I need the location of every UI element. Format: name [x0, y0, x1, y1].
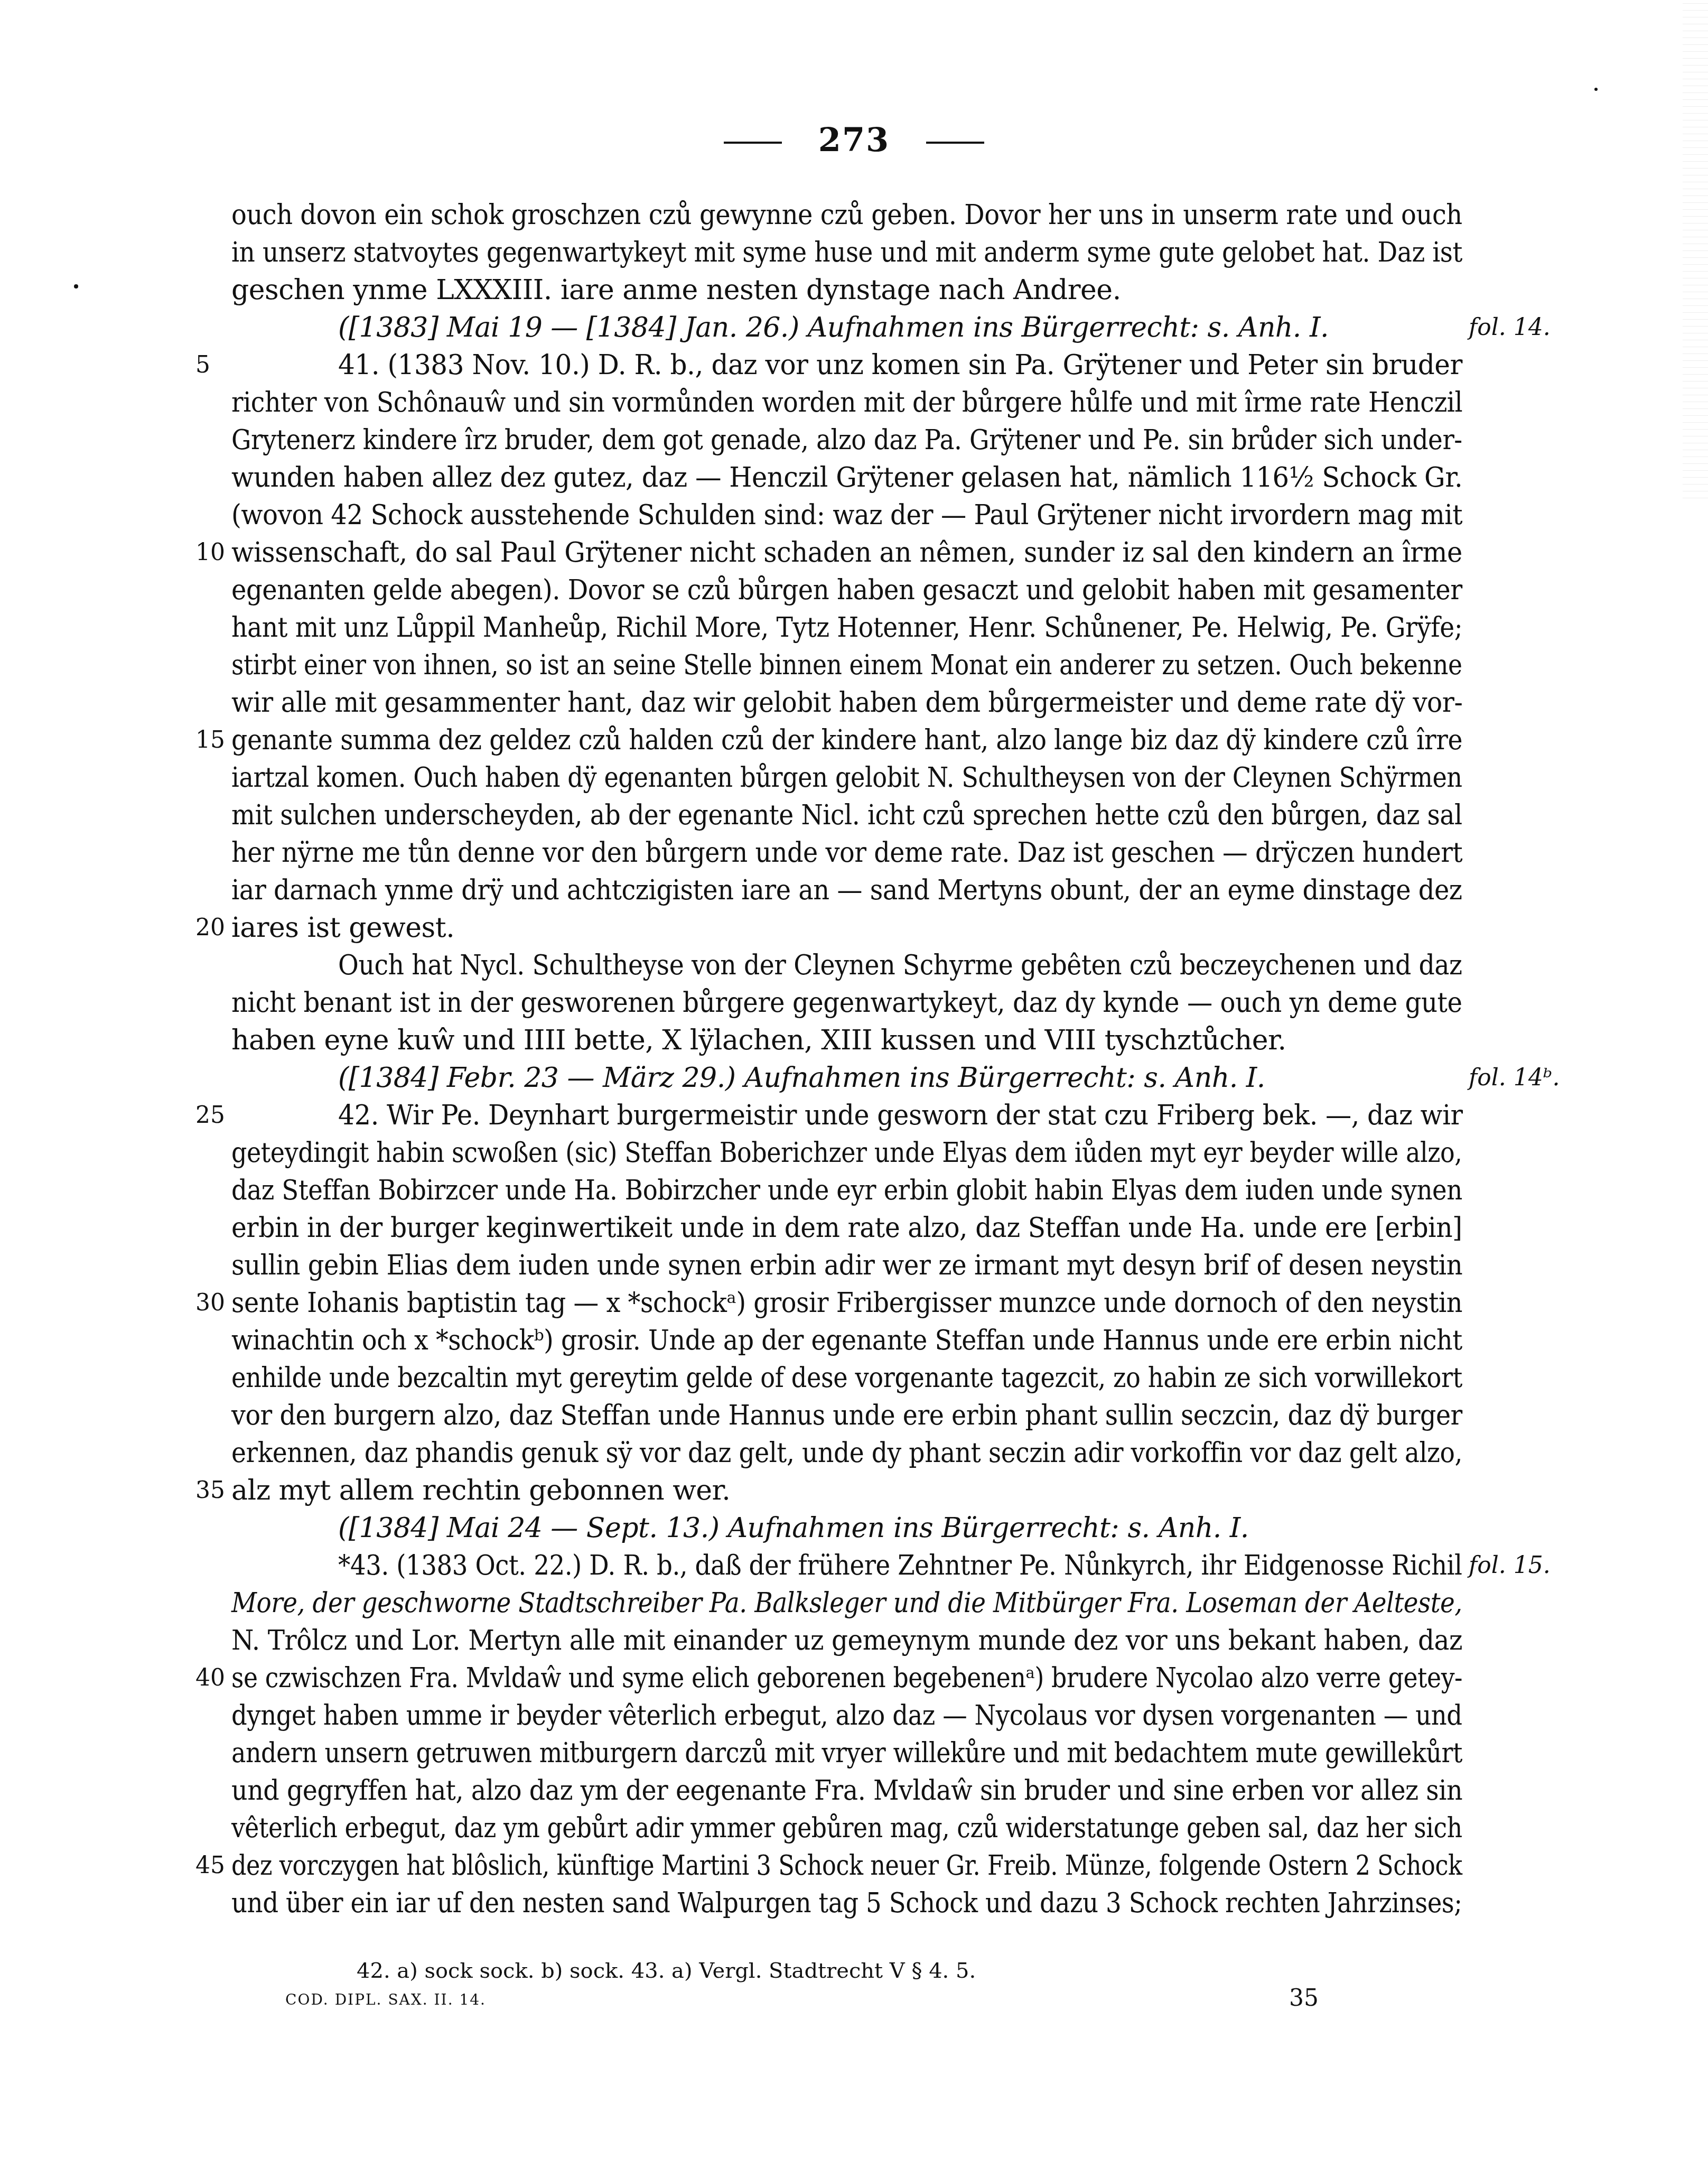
- text-line: ([1384] Mai 24 — Sept. 13.) Aufnahmen in…: [338, 1510, 1462, 1547]
- text-line: iar darnach ynme drÿ und achtczigisten i…: [231, 872, 1365, 909]
- line-number: 30: [195, 1284, 225, 1321]
- text-line: mit sulchen underscheyden, ab der egenan…: [231, 797, 1351, 834]
- text-line: wissenschaft, do sal Paul Grÿtener nicht…: [231, 534, 1404, 571]
- line-number: 25: [195, 1097, 225, 1134]
- text-line: Ouch hat Nycl. Schultheyse von der Cleyn…: [338, 947, 1362, 984]
- text-line: ([1384] Febr. 23 — März 29.) Aufnahmen i…: [338, 1059, 1462, 1096]
- text-line: geteydingit habin scwoßen (sic) Steffan …: [231, 1134, 1321, 1171]
- text-line: 41. (1383 Nov. 10.) D. R. b., daz vor un…: [338, 347, 1420, 384]
- scan-edge-artifact: [1683, 0, 1708, 502]
- text-line: N. Trôlcz und Lor. Mertyn alle mit einan…: [231, 1622, 1378, 1659]
- text-line: genante summa dez geldez czů halden czů …: [231, 722, 1354, 759]
- text-line: hant mit unz Lůppil Manheůp, Richil More…: [231, 609, 1349, 646]
- footnotes: 42. a) sock sock. b) sock. 43. a) Vergl.…: [357, 1955, 976, 1987]
- folio-margin-note: fol. 14.: [1469, 309, 1551, 346]
- text-line: in unserz statvoytes gegenwartykeyt mit …: [231, 234, 1345, 271]
- line-number: 5: [195, 347, 210, 384]
- text-line: More, der geschworne Stadtschreiber Pa. …: [231, 1585, 1340, 1622]
- text-line: alz myt allem rechtin gebonnen wer.: [231, 1472, 1462, 1509]
- text-line: daz Steffan Bobirzcer unde Ha. Bobirzche…: [231, 1172, 1337, 1209]
- line-number: 15: [195, 722, 225, 759]
- signature-mark: COD. DIPL. SAX. II. 14.: [285, 1989, 486, 2010]
- text-line: winachtin och x *schockᵇ) grosir. Unde a…: [231, 1322, 1355, 1359]
- text-line: vor den burgern alzo, daz Steffan unde H…: [231, 1397, 1356, 1434]
- text-line: her nÿrne me tůn denne vor den bůrgern u…: [231, 834, 1360, 871]
- text-line: vêterlich erbegut, daz ym gebůrt adir ym…: [231, 1810, 1313, 1847]
- text-line: erkennen, daz phandis genuk sÿ vor daz g…: [231, 1435, 1350, 1472]
- text-line: wir alle mit gesammenter hant, daz wir g…: [231, 684, 1379, 721]
- text-line: sente Iohanis baptistin tag — x *schockᵃ…: [231, 1284, 1360, 1321]
- text-line: enhilde unde bezcaltin myt gereytim geld…: [231, 1360, 1328, 1397]
- line-number: 40: [195, 1660, 225, 1697]
- text-line: ouch dovon ein schok groschzen czů gewyn…: [231, 197, 1366, 234]
- speck-artifact: [74, 284, 78, 288]
- text-line: haben eyne kuŵ und IIII bette, X lÿlache…: [231, 1022, 1462, 1059]
- folio-margin-note: fol. 15.: [1469, 1547, 1551, 1584]
- line-number: 10: [195, 534, 225, 571]
- text-line: stirbt einer von ihnen, so ist an seine …: [231, 647, 1310, 684]
- folio-margin-note: fol. 14ᵇ.: [1469, 1059, 1560, 1096]
- line-number: 35: [195, 1472, 225, 1509]
- text-line: und über ein iar uf den nesten sand Walp…: [231, 1885, 1336, 1922]
- sheet-number: 35: [1289, 1982, 1319, 2014]
- text-line: andern unsern getruwen mitburgern darczů…: [231, 1735, 1319, 1772]
- text-line: se czwischzen Fra. Mvldaŵ und syme elich…: [231, 1660, 1314, 1697]
- header-rule-right: [926, 142, 984, 144]
- text-line: (wovon 42 Schock ausstehende Schulden si…: [231, 497, 1372, 534]
- text-line: iartzal komen. Ouch haben dÿ egenanten b…: [231, 759, 1327, 796]
- text-line: richter von Schônauŵ und sin vormůnden w…: [231, 384, 1352, 421]
- text-line: dez vorczygen hat blôslich, künftige Mar…: [231, 1847, 1286, 1884]
- text-line: egenanten gelde abegen). Dovor se czů bů…: [231, 572, 1369, 609]
- text-line: und gegryffen hat, alzo daz ym der eegen…: [231, 1772, 1356, 1809]
- page-header: 273: [0, 120, 1708, 159]
- page-number: 273: [818, 120, 890, 159]
- text-line: wunden haben allez dez gutez, daz — Henc…: [231, 459, 1404, 496]
- header-rule-left: [724, 142, 782, 144]
- document-page: 273 ouch dovon ein schok groschzen czů g…: [0, 0, 1708, 2169]
- line-number: 20: [195, 909, 225, 946]
- text-line: erbin in der burger keginwertikeit unde …: [231, 1209, 1385, 1246]
- text-line: iares ist gewest.: [231, 909, 1462, 946]
- text-line: ([1383] Mai 19 — [1384] Jan. 26.) Aufnah…: [338, 309, 1462, 346]
- text-line: *43. (1383 Oct. 22.) D. R. b., daß der f…: [338, 1547, 1348, 1584]
- text-line: geschen ynme LXXXIII. iare anme nesten d…: [231, 272, 1462, 309]
- line-number: 45: [195, 1847, 225, 1884]
- text-line: sullin gebin Elias dem iuden unde synen …: [231, 1247, 1369, 1284]
- speck-artifact: [1594, 88, 1598, 91]
- text-line: 42. Wir Pe. Deynhart burgermeistir unde …: [338, 1097, 1402, 1134]
- text-line: dynget haben umme ir beyder vêterlich er…: [231, 1697, 1332, 1734]
- text-line: nicht benant ist in der gesworenen bůrge…: [231, 984, 1373, 1021]
- text-line: Grytenerz kindere îrz bruder, dem got ge…: [231, 422, 1342, 459]
